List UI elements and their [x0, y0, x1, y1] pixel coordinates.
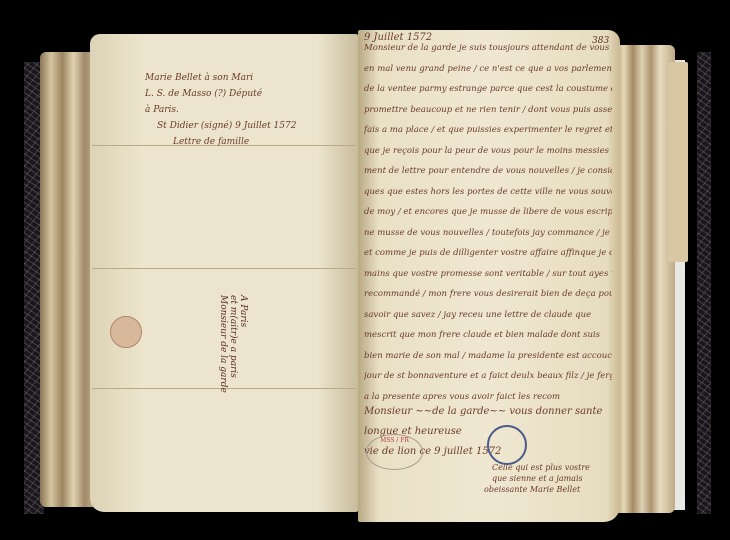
letter-line: ment de lettre pour entendre de vous nou…: [364, 161, 612, 182]
letter-body: Monsieur de la garde je suis tousjours a…: [364, 38, 612, 407]
reverse-address: A Paris et m(aitr)e a paris Monsieur de …: [218, 295, 248, 393]
letter-line: mains que vostre promesse sont veritable…: [364, 264, 612, 285]
reverse-line: Monsieur de la garde: [218, 295, 228, 393]
letter-line: jour de st bonnaventure et a faict deulx…: [364, 366, 612, 387]
reverse-line: et m(aitr)e a paris: [228, 295, 238, 393]
letter-line: ne musse de vous nouvelles / toutefois j…: [364, 223, 612, 244]
page-stack-left: [40, 52, 96, 507]
letter-line: promettre beaucoup et ne rien tenir / do…: [364, 100, 612, 121]
letter-line: fais a ma place / et que puissies experi…: [364, 120, 612, 141]
letter-line: ques que estes hors les portes de cette …: [364, 182, 612, 203]
page-stack-right: [615, 45, 675, 513]
reverse-line: A Paris: [238, 295, 248, 393]
letter-line: bien marie de son mal / madame la presid…: [364, 346, 612, 367]
letter-line: recommandé / mon frere vous desirerait b…: [364, 284, 612, 305]
letter-line: en mal venu grand peine / ce n'est ce qu…: [364, 59, 612, 80]
signature: obeissante Marie Bellet: [364, 484, 612, 495]
letter-line: Monsieur de la garde je suis tousjours a…: [364, 38, 612, 59]
book-cover-right: [697, 52, 711, 514]
letter-line: de la ventee parmy estrange parce que ce…: [364, 79, 612, 100]
closing-line: que sienne et a jamais: [364, 473, 612, 484]
note-line: Marie Bellet à son Mari: [145, 70, 296, 86]
note-line: à Paris.: [145, 102, 296, 118]
letter-line: et comme je puis de dilligenter vostre a…: [364, 243, 612, 264]
address-note: Marie Bellet à son Mari L. S. de Masso (…: [145, 70, 296, 150]
letter-line: que je reçois pour la peur de vous pour …: [364, 141, 612, 162]
stamp-text: MSS / FR: [380, 437, 409, 444]
letter-line: savoir que savez / jay receu une lettre …: [364, 305, 612, 326]
letter-line: de moy / et encores que je musse de libe…: [364, 202, 612, 223]
letter-line: mescrit que mon frere claude et bien mal…: [364, 325, 612, 346]
wax-seal: [110, 316, 142, 348]
note-line: L. S. de Masso (?) Député: [145, 86, 296, 102]
fold-line: [92, 268, 356, 269]
inserted-slip: [668, 62, 688, 262]
library-stamp-circle: [487, 425, 527, 465]
note-line: Lettre de famille: [145, 134, 296, 150]
library-stamp-oval: MSS / FR: [366, 434, 423, 470]
note-line: St Didier (signé) 9 Juillet 1572: [145, 118, 296, 134]
